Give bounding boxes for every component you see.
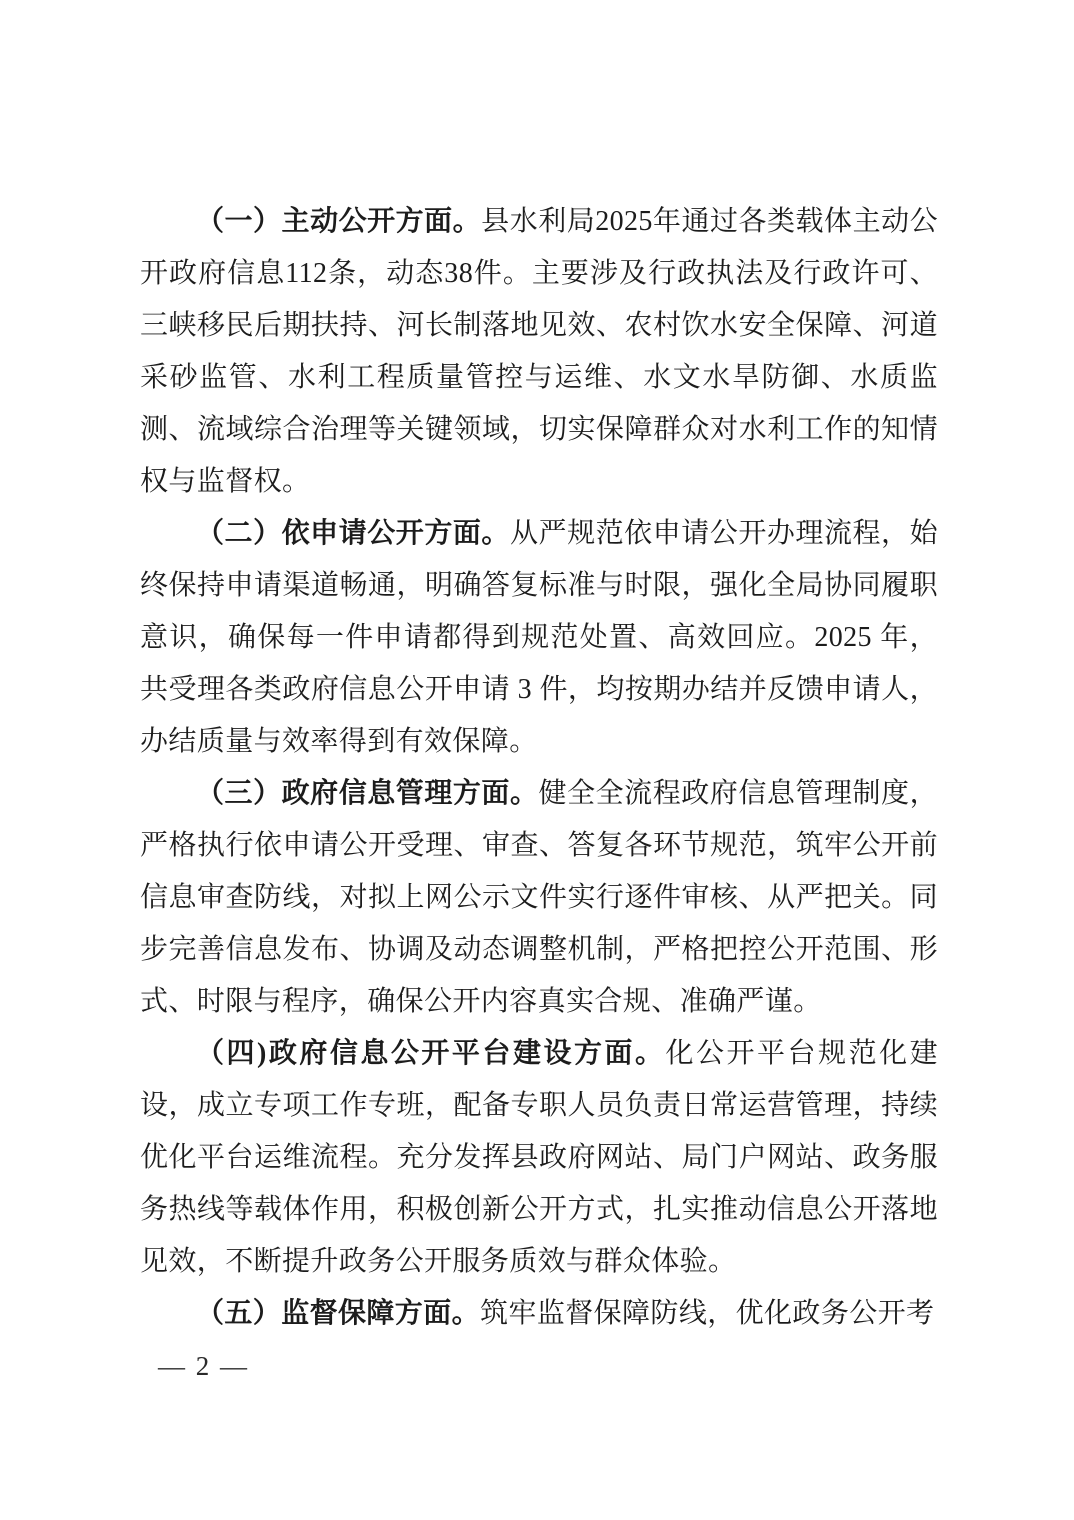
paragraph-3: （三）政府信息管理方面。健全全流程政府信息管理制度，严格执行依申请公开受理、审查…: [140, 768, 938, 1028]
document-body: （一）主动公开方面。县水利局2025年通过各类载体主动公开政府信息112条，动态…: [140, 196, 938, 1340]
paragraph-5-body: 筑牢监督保障防线，优化政务公开考: [480, 1298, 934, 1329]
document-page: （一）主动公开方面。县水利局2025年通过各类载体主动公开政府信息112条，动态…: [0, 0, 1074, 1520]
paragraph-1-body: 县水利局2025年通过各类载体主动公开政府信息112条，动态38件。主要涉及行政…: [140, 206, 938, 497]
paragraph-2: （二）依申请公开方面。从严规范依申请公开办理流程，始终保持申请渠道畅通，明确答复…: [140, 508, 938, 768]
paragraph-4-heading: （四)政府信息公开平台建设方面。: [196, 1038, 666, 1069]
paragraph-2-heading: （二）依申请公开方面。: [196, 518, 510, 549]
paragraph-3-body: 健全全流程政府信息管理制度，严格执行依申请公开受理、审查、答复各环节规范，筑牢公…: [140, 778, 938, 1017]
page-number-footer: — 2 —: [158, 1344, 249, 1388]
paragraph-1-heading: （一）主动公开方面。: [196, 206, 481, 237]
paragraph-5: （五）监督保障方面。筑牢监督保障防线，优化政务公开考: [140, 1288, 938, 1340]
paragraph-5-heading: （五）监督保障方面。: [196, 1298, 480, 1329]
paragraph-4: （四)政府信息公开平台建设方面。化公开平台规范化建设，成立专项工作专班，配备专职…: [140, 1028, 938, 1288]
paragraph-3-heading: （三）政府信息管理方面。: [196, 778, 539, 809]
paragraph-1: （一）主动公开方面。县水利局2025年通过各类载体主动公开政府信息112条，动态…: [140, 196, 938, 508]
paragraph-4-body: 化公开平台规范化建设，成立专项工作专班，配备专职人员负责日常运营管理，持续优化平…: [140, 1038, 938, 1277]
paragraph-2-body: 从严规范依申请公开办理流程，始终保持申请渠道畅通，明确答复标准与时限，强化全局协…: [140, 518, 938, 757]
